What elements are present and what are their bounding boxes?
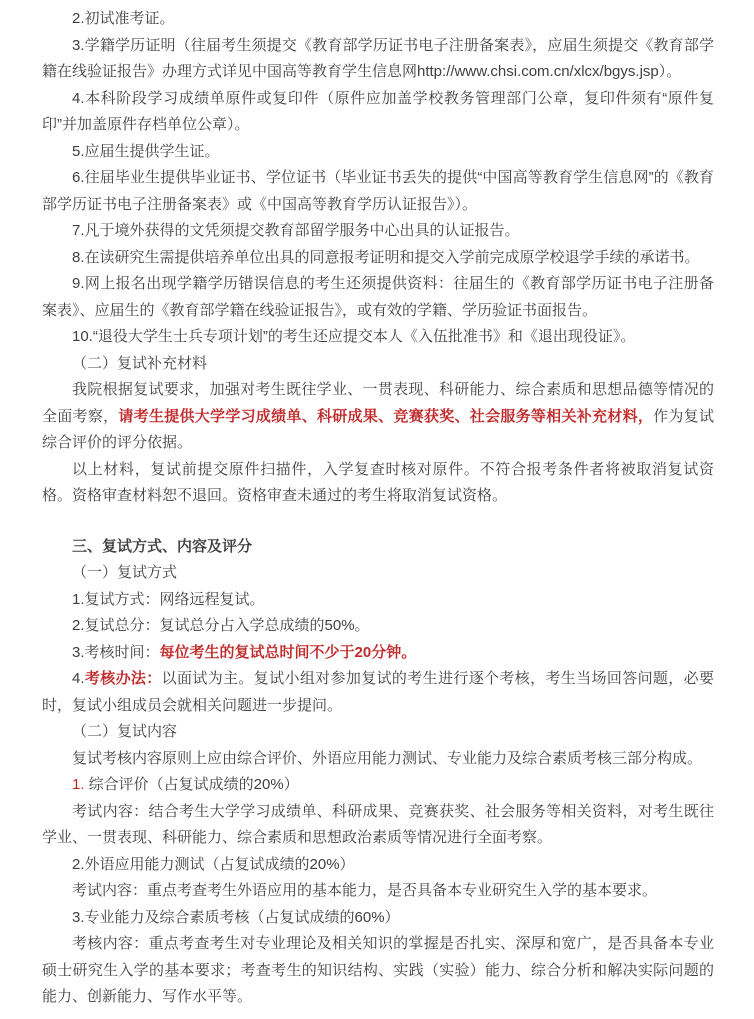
para-foreign-language-test-content: 考试内容：重点考查考生外语应用的基本能力，是否具备本专业研究生入学的基本要求。 [42, 878, 714, 905]
subsection-heading-retest-content: （二）复试内容 [42, 719, 714, 746]
comprehensive-evaluation-text: 综合评价（占复试成绩的20%） [85, 776, 299, 793]
assessment-time-label: 3.考核时间： [72, 644, 160, 661]
para-comprehensive-evaluation-content: 考试内容：结合考生大学学习成绩单、科研成果、竞赛获奖、社会服务等相关资料，对考生… [42, 799, 714, 852]
notice-text-highlight: 请考生提供大学学习成绩单、科研成果、竞赛获奖、社会服务等相关补充材料， [118, 408, 653, 425]
assessment-time-highlight: 每位考生的复试总时间不少于20分钟。 [160, 644, 417, 661]
section-heading-retest-method: 三、复试方式、内容及评分 [42, 534, 714, 561]
subsection-heading-retest-method: （一）复试方式 [42, 560, 714, 587]
para-foreign-language-test-title: 2.外语应用能力测试（占复试成绩的20%） [42, 852, 714, 879]
para-student-id: 5.应届生提供学生证。 [42, 139, 714, 166]
para-registration-error-info: 9.网上报名出现学籍学历错误信息的考生还须提供资料：往届生的《教育部学历证书电子… [42, 271, 714, 324]
para-professional-ability-title: 3.专业能力及综合素质考核（占复试成绩的60%） [42, 905, 714, 932]
subsection-heading-supplementary-materials: （二）复试补充材料 [42, 351, 714, 378]
para-professional-ability-content: 考核内容：重点考查考生对专业理论及相关知识的掌握是否扎实、深厚和宽广，是否具备本… [42, 931, 714, 1011]
para-retest-format: 1.复试方式：网络远程复试。 [42, 587, 714, 614]
para-materials-submission: 以上材料，复试前提交原件扫描件，入学复查时核对原件。不符合报考条件者将被取消复试… [42, 457, 714, 510]
assessment-method-label: 考核办法： [85, 670, 162, 687]
assessment-method-number: 4. [72, 670, 85, 687]
para-comprehensive-evaluation-title: 1. 综合评价（占复试成绩的20%） [42, 772, 714, 799]
section-gap [42, 510, 714, 534]
para-transcript: 4.本科阶段学习成绩单原件或复印件（原件应加盖学校教务管理部门公章，复印件须有“… [42, 86, 714, 139]
para-assessment-time: 3.考核时间：每位考生的复试总时间不少于20分钟。 [42, 640, 714, 667]
para-retest-content-overview: 复试考核内容原则上应由综合评价、外语应用能力测试、专业能力及综合素质考核三部分构… [42, 746, 714, 773]
para-veteran-plan: 10.“退役大学生士兵专项计划”的考生还应提交本人《入伍批准书》和《退出现役证》… [42, 324, 714, 351]
para-overseas-diploma: 7.凡于境外获得的文凭须提交教育部留学服务中心出具的认证报告。 [42, 218, 714, 245]
para-assessment-method: 4.考核办法：以面试为主。复试小组对参加复试的考生进行逐个考核，考生当场回答问题… [42, 666, 714, 719]
para-graduation-certificates: 6.往届毕业生提供毕业证书、学位证书（毕业证书丢失的提供“中国高等教育学生信息网… [42, 165, 714, 218]
comprehensive-evaluation-number: 1. [72, 776, 85, 793]
para-admission-ticket: 2.初试准考证。 [42, 6, 714, 33]
para-current-grad-students: 8.在读研究生需提供培养单位出具的同意报考证明和提交入学前完成原学校退学手续的承… [42, 245, 714, 272]
para-retest-score-weight: 2.复试总分：复试总分占入学总成绩的50%。 [42, 613, 714, 640]
document-page: 2.初试准考证。 3.学籍学历证明（往届考生须提交《教育部学历证书电子注册备案表… [0, 0, 754, 1019]
para-supplementary-materials-notice: 我院根据复试要求，加强对考生既往学业、一贯表现、科研能力、综合素质和思想品德等情… [42, 377, 714, 457]
para-academic-registration-proof: 3.学籍学历证明（往届考生须提交《教育部学历证书电子注册备案表》，应届生须提交《… [42, 33, 714, 86]
